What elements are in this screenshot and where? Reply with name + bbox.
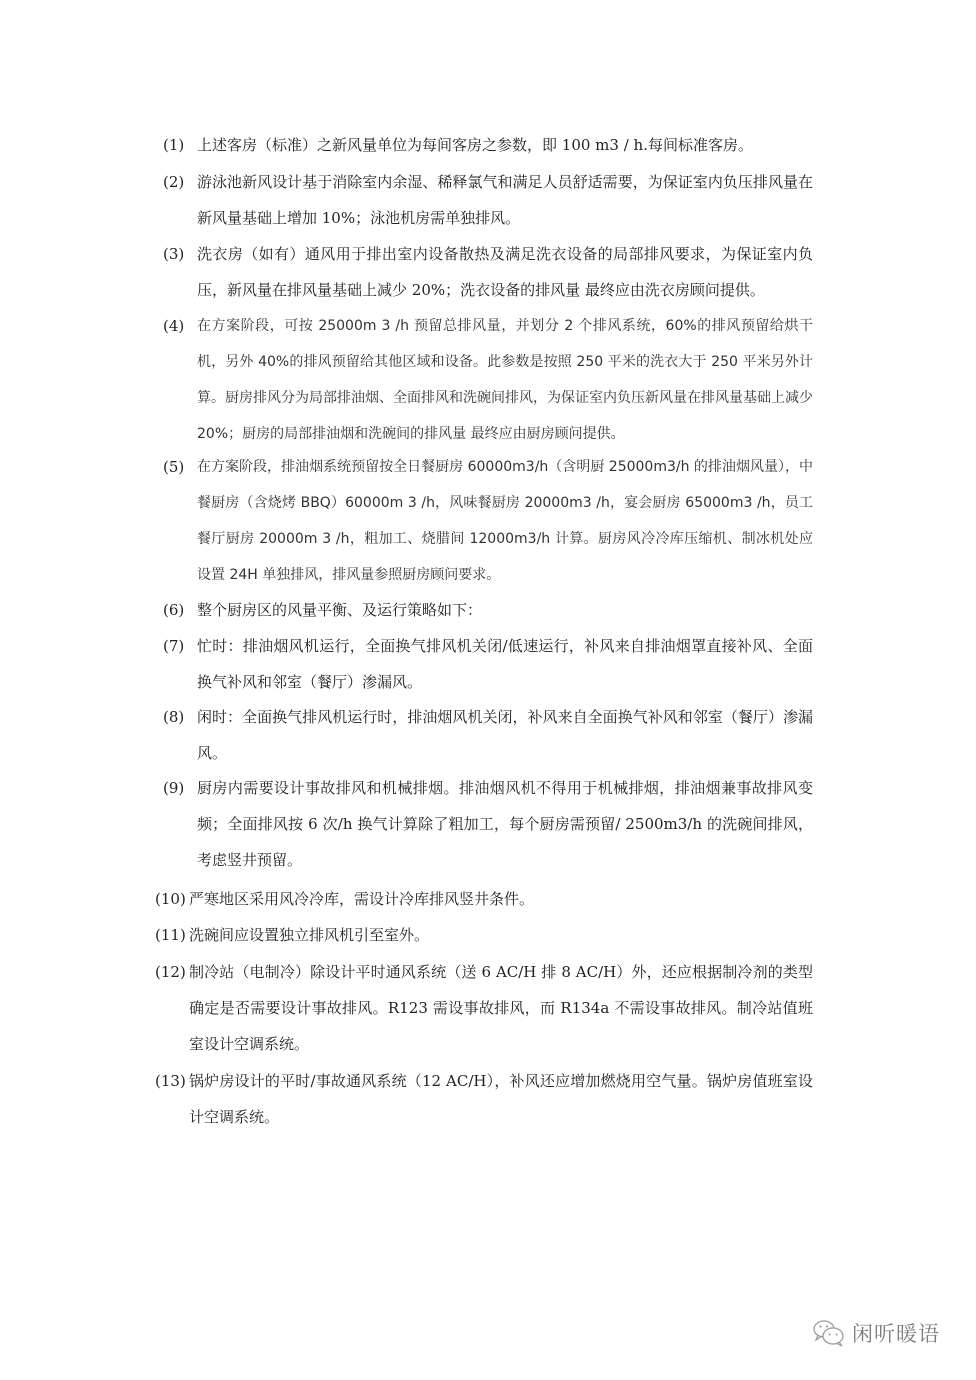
list-item-13: (13) 锅炉房设计的平时/事故通风系统（12 AC/H），补风还应增加燃烧用空… (155, 1063, 813, 1135)
item-number: (12) (155, 954, 189, 990)
item-text: 游泳池新风设计基于消除室内余湿、稀释氯气和满足人员舒适需要，为保证室内负压排风量… (197, 164, 813, 236)
item-number: (8) (163, 699, 197, 735)
item-text: 上述客房（标准）之新风量单位为每间客房之参数，即 100 m3 / h.每间标准… (197, 127, 813, 163)
item-number: (5) (163, 449, 197, 485)
document-page: (1) 上述客房（标准）之新风量单位为每间客房之参数，即 100 m3 / h.… (0, 0, 976, 1380)
list-item-3: (3) 洗衣房（如有）通风用于排出室内设备散热及满足洗衣设备的局部排风要求，为保… (163, 236, 813, 308)
watermark-label: 闲听暖语 (852, 1318, 940, 1348)
list-item-6: (6) 整个厨房区的风量平衡、及运行策略如下： (163, 592, 813, 628)
list-item-8: (8) 闲时：全面换气排风机运行时，排油烟风机关闭，补风来自全面换气补风和邻室（… (163, 699, 813, 771)
item-text: 在方案阶段，排油烟系统预留按全日餐厨房 60000m3/h（含明厨 25000m… (197, 449, 813, 593)
item-number: (13) (155, 1063, 189, 1099)
list-item-11: (11) 洗碗间应设置独立排风机引至室外。 (155, 917, 813, 953)
item-number: (4) (163, 308, 197, 344)
item-text: 忙时：排油烟风机运行，全面换气排风机关闭/低速运行，补风来自排油烟罩直接补风、全… (197, 628, 813, 700)
item-text: 闲时：全面换气排风机运行时，排油烟风机关闭，补风来自全面换气补风和邻室（餐厅）渗… (197, 699, 813, 771)
item-number: (10) (155, 881, 189, 917)
item-text: 在方案阶段，可按 25000m 3 /h 预留总排风量，并划分 2 个排风系统，… (197, 308, 813, 452)
item-text: 洗碗间应设置独立排风机引至室外。 (189, 917, 813, 953)
item-number: (9) (163, 770, 197, 806)
item-text: 严寒地区采用风冷冷库，需设计冷库排风竖井条件。 (189, 881, 813, 917)
item-text: 整个厨房区的风量平衡、及运行策略如下： (197, 592, 813, 628)
item-number: (11) (155, 917, 189, 953)
list-item-12: (12) 制冷站（电制冷）除设计平时通风系统（送 6 AC/H 排 8 AC/H… (155, 954, 813, 1062)
item-number: (2) (163, 164, 197, 200)
list-item-4: (4) 在方案阶段，可按 25000m 3 /h 预留总排风量，并划分 2 个排… (163, 308, 813, 452)
item-text: 厨房内需要设计事故排风和机械排烟。排油烟风机不得用于机械排烟，排油烟兼事故排风变… (197, 770, 813, 878)
watermark: 闲听暖语 (812, 1318, 940, 1348)
list-item-9: (9) 厨房内需要设计事故排风和机械排烟。排油烟风机不得用于机械排烟，排油烟兼事… (163, 770, 813, 878)
wechat-icon (812, 1318, 846, 1348)
list-item-1: (1) 上述客房（标准）之新风量单位为每间客房之参数，即 100 m3 / h.… (163, 127, 813, 163)
item-number: (1) (163, 127, 197, 163)
list-item-7: (7) 忙时：排油烟风机运行，全面换气排风机关闭/低速运行，补风来自排油烟罩直接… (163, 628, 813, 700)
list-item-10: (10) 严寒地区采用风冷冷库，需设计冷库排风竖井条件。 (155, 881, 813, 917)
item-text: 锅炉房设计的平时/事故通风系统（12 AC/H），补风还应增加燃烧用空气量。锅炉… (189, 1063, 813, 1135)
item-text: 洗衣房（如有）通风用于排出室内设备散热及满足洗衣设备的局部排风要求，为保证室内负… (197, 236, 813, 308)
list-item-2: (2) 游泳池新风设计基于消除室内余湿、稀释氯气和满足人员舒适需要，为保证室内负… (163, 164, 813, 236)
list-item-5: (5) 在方案阶段，排油烟系统预留按全日餐厨房 60000m3/h（含明厨 25… (163, 449, 813, 593)
item-number: (3) (163, 236, 197, 272)
item-text: 制冷站（电制冷）除设计平时通风系统（送 6 AC/H 排 8 AC/H）外，还应… (189, 954, 813, 1062)
item-number: (7) (163, 628, 197, 664)
item-number: (6) (163, 592, 197, 628)
